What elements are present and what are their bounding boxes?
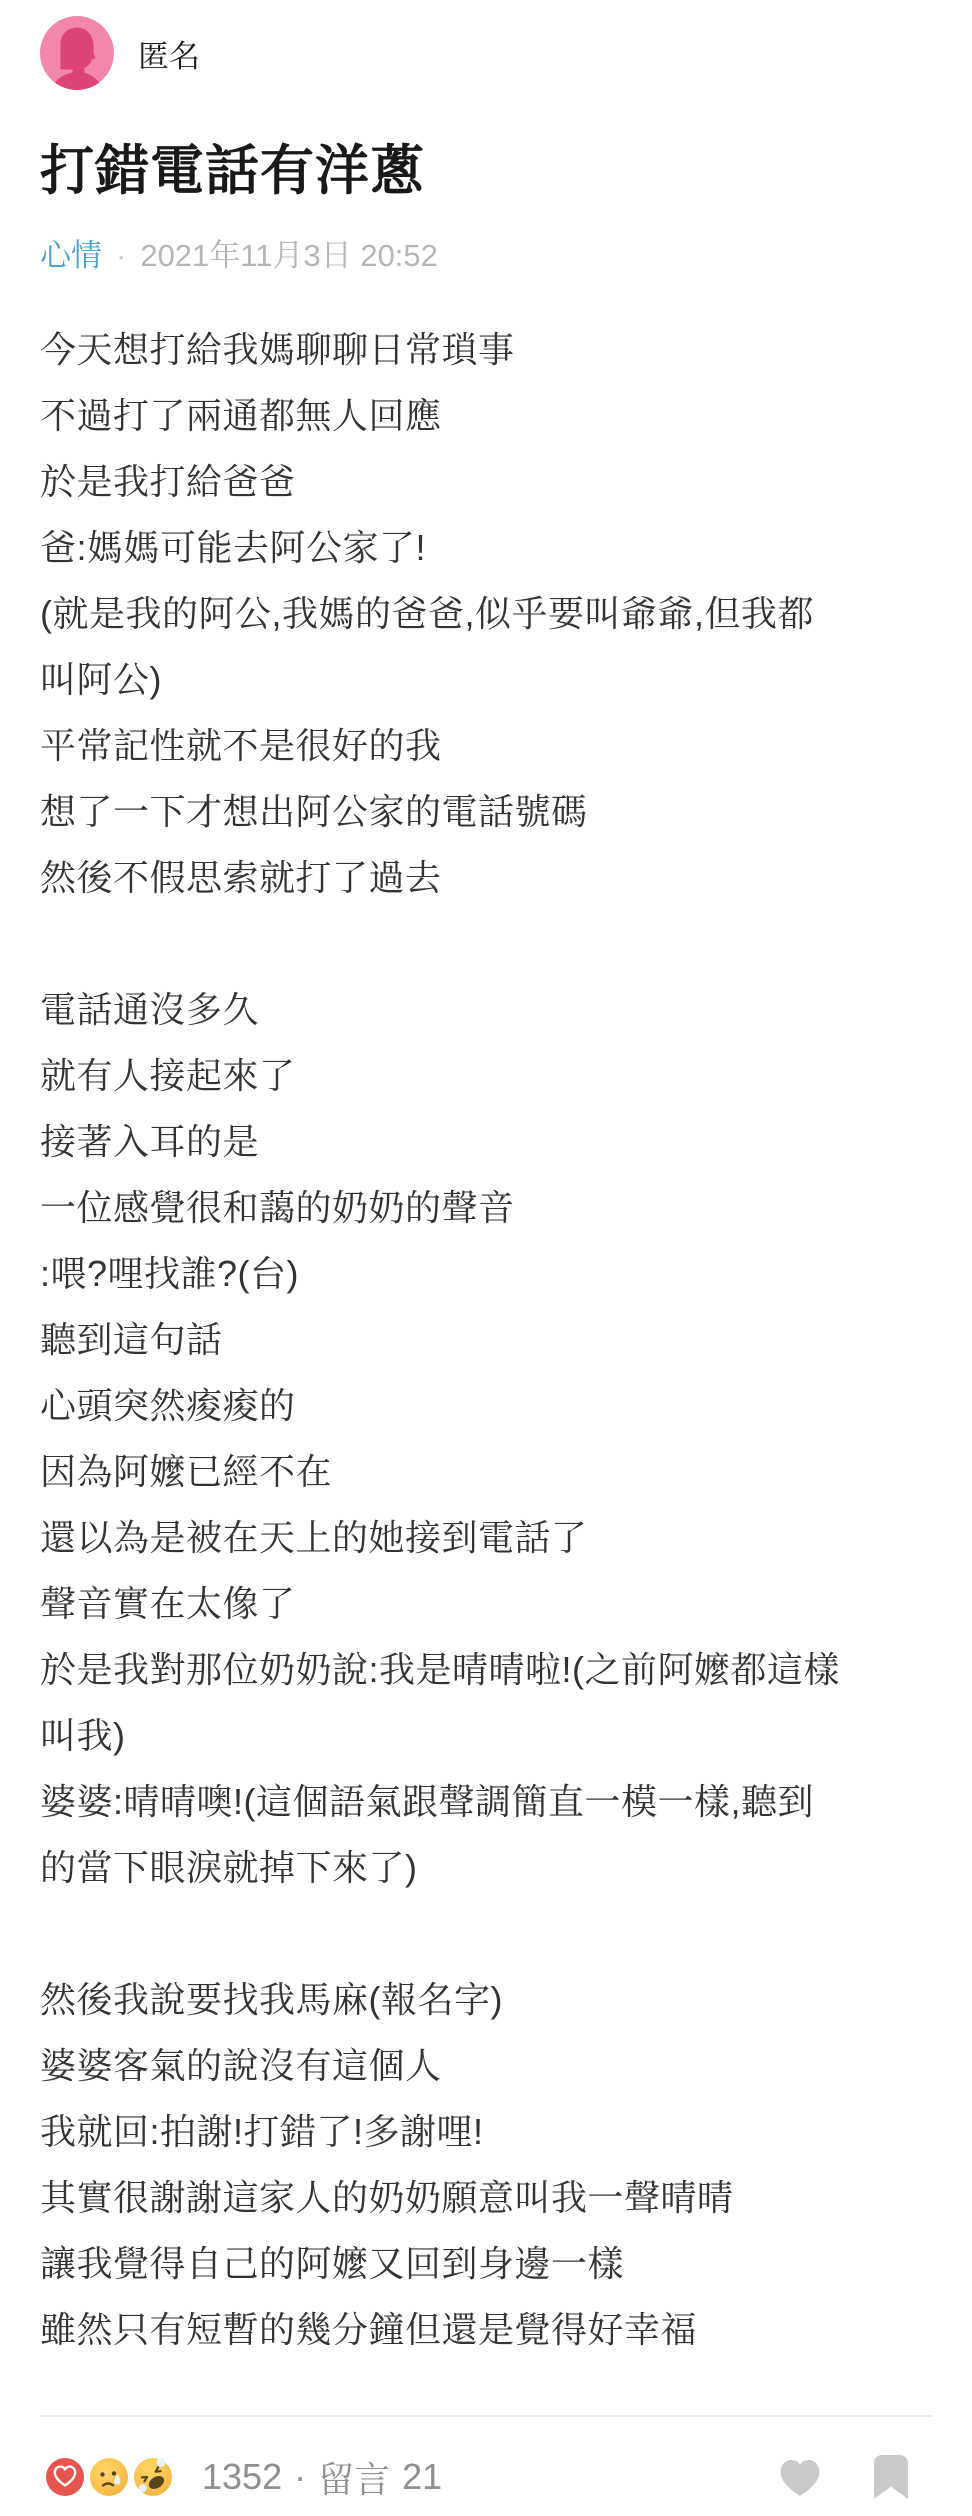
reaction-count[interactable]: 1352 bbox=[202, 2456, 282, 2498]
post-body-line: 雖然只有短暫的幾分鐘但還是覺得好幸福 bbox=[40, 2297, 932, 2363]
bookmark-icon bbox=[872, 2454, 910, 2500]
post-body-line: 叫阿公) bbox=[40, 647, 932, 713]
reaction-comment-counts[interactable]: 1352 · 留言 21 bbox=[202, 2452, 442, 2503]
person-silhouette-icon bbox=[40, 16, 114, 90]
comments-label[interactable]: 留言 bbox=[318, 2452, 390, 2503]
post-body-line: :喂?哩找誰?(台) bbox=[40, 1241, 932, 1307]
post-body-line: 我就回:拍謝!打錯了!多謝哩! bbox=[40, 2099, 932, 2165]
post-body-line: 然後不假思索就打了過去 bbox=[40, 845, 932, 911]
love-heart-reaction-icon[interactable] bbox=[46, 2458, 84, 2496]
like-button[interactable] bbox=[776, 2455, 824, 2499]
post-page: 匿名 打錯電話有洋蔥 心情 · 2021年11月3日 20:52 今天想打給我媽… bbox=[0, 0, 972, 2501]
post-body-line: 想了一下才想出阿公家的電話號碼 bbox=[40, 779, 932, 845]
post-body-line: 然後我說要找我馬麻(報名字) bbox=[40, 1967, 932, 2033]
category-link[interactable]: 心情 bbox=[40, 234, 102, 277]
post-body-line: 一位感覺很和藹的奶奶的聲音 bbox=[40, 1175, 932, 1241]
post-body: 今天想打給我媽聊聊日常瑣事不過打了兩通都無人回應於是我打給爸爸爸:媽媽可能去阿公… bbox=[40, 317, 932, 2363]
timestamp: 2021年11月3日 20:52 bbox=[140, 234, 438, 277]
post-footer: 1352 · 留言 21 bbox=[40, 2453, 932, 2501]
post-body-line: 聽到這句話 bbox=[40, 1307, 932, 1373]
post-body-line: 接著入耳的是 bbox=[40, 1109, 932, 1175]
avatar bbox=[40, 16, 114, 90]
post-body-line: 聲音實在太像了 bbox=[40, 1571, 932, 1637]
post-body-line: 婆婆客氣的說沒有這個人 bbox=[40, 2033, 932, 2099]
footer-separator: · bbox=[294, 2456, 306, 2498]
heart-like-icon bbox=[776, 2455, 824, 2499]
post-body-line: 讓我覺得自己的阿嬤又回到身邊一樣 bbox=[40, 2231, 932, 2297]
meta-separator: · bbox=[116, 234, 126, 277]
post-body-line: 不過打了兩通都無人回應 bbox=[40, 383, 932, 449]
post-meta: 心情 · 2021年11月3日 20:52 bbox=[40, 234, 932, 277]
rofl-face-reaction-icon[interactable] bbox=[134, 2458, 172, 2496]
post-body-line bbox=[40, 1901, 932, 1967]
post-body-line: 平常記性就不是很好的我 bbox=[40, 713, 932, 779]
post-body-line: 就有人接起來了 bbox=[40, 1043, 932, 1109]
post-title: 打錯電話有洋蔥 bbox=[40, 139, 932, 204]
post-body-line: 婆婆:晴晴噢!(這個語氣跟聲調簡直一模一樣,聽到 bbox=[40, 1769, 932, 1835]
post-body-line: 於是我對那位奶奶說:我是晴晴啦!(之前阿嬤都這樣 bbox=[40, 1637, 932, 1703]
post-body-line: 因為阿嬤已經不在 bbox=[40, 1439, 932, 1505]
author-name: 匿名 bbox=[138, 31, 200, 76]
post-body-line: 於是我打給爸爸 bbox=[40, 449, 932, 515]
post-body-line: 電話通沒多久 bbox=[40, 977, 932, 1043]
post-body-line: 的當下眼淚就掉下來了) bbox=[40, 1835, 932, 1901]
comments-count[interactable]: 21 bbox=[402, 2456, 442, 2498]
crying-face-reaction-icon[interactable] bbox=[90, 2458, 128, 2496]
divider bbox=[40, 2415, 932, 2417]
bookmark-button[interactable] bbox=[872, 2454, 910, 2500]
post-body-line bbox=[40, 911, 932, 977]
post-body-line: 叫我) bbox=[40, 1703, 932, 1769]
post-body-line: 其實很謝謝這家人的奶奶願意叫我一聲晴晴 bbox=[40, 2165, 932, 2231]
post-body-line: 今天想打給我媽聊聊日常瑣事 bbox=[40, 317, 932, 383]
post-body-line: 還以為是被在天上的她接到電話了 bbox=[40, 1505, 932, 1571]
post-header: 匿名 bbox=[40, 0, 932, 90]
post-body-line: (就是我的阿公,我媽的爸爸,似乎要叫爺爺,但我都 bbox=[40, 581, 932, 647]
post-body-line: 爸:媽媽可能去阿公家了! bbox=[40, 515, 932, 581]
reaction-icons-group[interactable] bbox=[46, 2458, 172, 2496]
post-body-line: 心頭突然痠痠的 bbox=[40, 1373, 932, 1439]
